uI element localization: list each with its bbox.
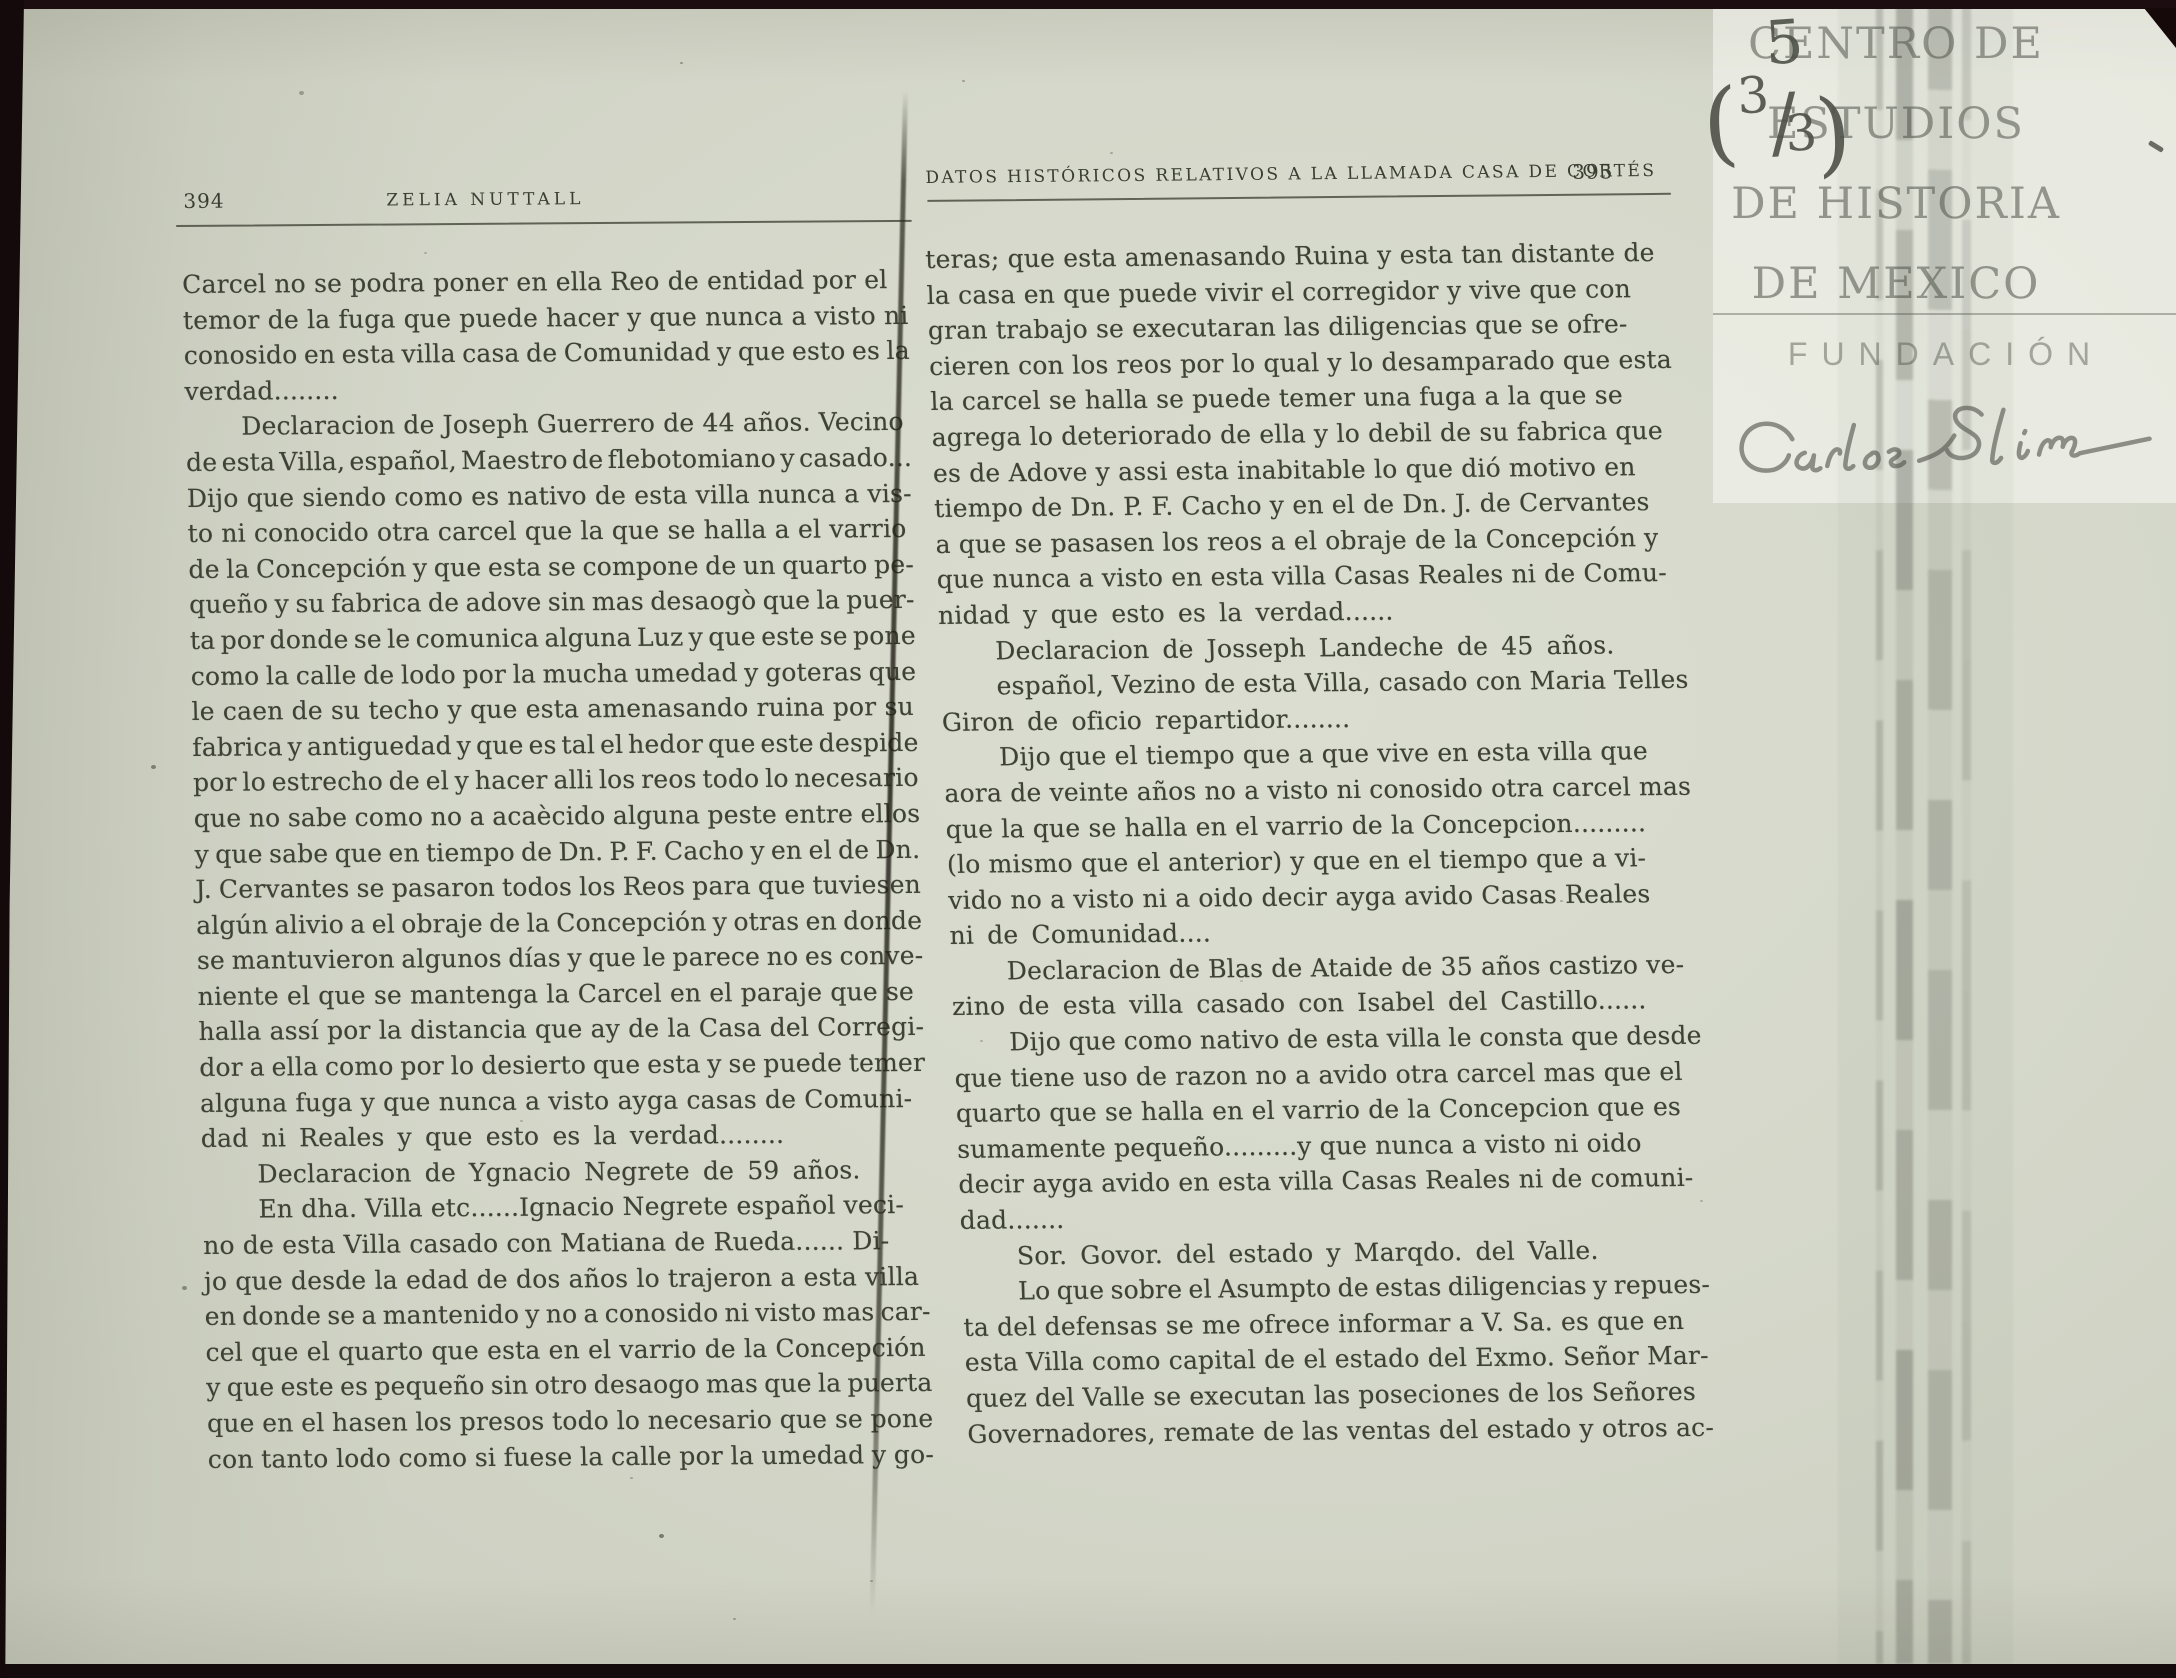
text-line: Governadores, remate de las ventas del e…: [967, 1409, 1716, 1452]
text-line: español, Vezino de esta Villa, casado co…: [940, 662, 1689, 705]
scanned-book-spread: 394 ZELIA NUTTALL Carcel no se podra pon…: [0, 0, 2176, 1678]
text-line: halla assí por la distancia que ay de la…: [198, 1009, 925, 1050]
text-column-right: teras; que esta amenasando Ruina y esta …: [925, 235, 1716, 1452]
text-line: Declaracion de Joseph Guerrero de 44 año…: [185, 404, 912, 445]
text-line: dad ni Reales y que esto es la verdad...…: [200, 1116, 927, 1157]
header-rule-left: [176, 220, 912, 227]
text-line: dor a ella como por lo desierto que esta…: [199, 1045, 926, 1086]
text-line: por lo estrecho de el y hacer alli los r…: [193, 760, 920, 801]
text-column-left: Carcel no se podra poner en ella Reo de …: [182, 262, 934, 1477]
text-line: decir ayga avido en esta villa Casas Rea…: [958, 1160, 1707, 1203]
text-line: conosido en esta villa casa de Comunidad…: [183, 333, 910, 374]
text-line: que en el hasen los presos todo lo neces…: [207, 1401, 934, 1442]
running-header-left: ZELIA NUTTALL: [325, 189, 645, 211]
text-line: con tanto lodo como si fuese la calle po…: [207, 1436, 934, 1477]
fraction-open-paren: (: [1700, 68, 1741, 177]
fold-streak: [1962, 0, 1971, 1664]
text-line: temor de la fuga que puede hacer y que n…: [183, 297, 910, 338]
header-rule-right: [927, 193, 1671, 202]
fraction-numerator: 3: [1736, 66, 1771, 126]
text-line: alguna fuga y que nunca a visto ayga cas…: [200, 1081, 927, 1122]
text-line: de esta Villa, español, Maestro de flebo…: [186, 440, 913, 481]
text-line: jo que desde la edad de dos años lo traj…: [204, 1258, 931, 1299]
text-line: se mantuvieron algunos días y que le par…: [197, 938, 924, 979]
text-line: no de esta Villa casado con Matiana de R…: [203, 1223, 930, 1264]
fold-streak: [1876, 0, 1883, 1664]
text-line: En dha. Villa etc......Ignacio Negrete e…: [202, 1187, 929, 1228]
running-header-right: DATOS HISTÓRICOS RELATIVOS A LA LLAMADA …: [925, 161, 1616, 188]
page-right: DATOS HISTÓRICOS RELATIVOS A LA LLAMADA …: [920, 159, 1720, 1506]
text-line: cel que el quarto que esta en el varrio …: [205, 1330, 932, 1371]
fold-streak: [1928, 0, 1952, 1664]
text-line: de la Concepción y que esta se compone d…: [188, 547, 915, 588]
scan-edge-bottom: [0, 1664, 2176, 1678]
text-line: Carcel no se podra poner en ella Reo de …: [182, 262, 909, 303]
text-line: fabrica y antiguedad y que es tal el hed…: [192, 725, 919, 766]
page-left: 394 ZELIA NUTTALL Carcel no se podra pon…: [175, 178, 940, 1523]
text-line: en donde se a mantenido y no a conosido …: [204, 1294, 931, 1335]
text-line: vido no a visto ni a oido decir ayga avi…: [948, 875, 1697, 918]
text-line: y que este es pequeño sin otro desaogo m…: [206, 1365, 933, 1406]
text-line: queño y su fabrica de adove sin mas desa…: [189, 582, 916, 623]
text-line: Dijo que siendo como es nativo de esta v…: [186, 475, 913, 516]
text-line: y que sabe que en tiempo de Dn. P. F. Ca…: [194, 831, 921, 872]
text-line: ta por donde se le comunica alguna Luz y…: [190, 618, 917, 659]
text-line: J. Cervantes se pasaron todos los Reos p…: [195, 867, 922, 908]
page-number-left: 394: [183, 189, 225, 213]
fold-streak: [1838, 0, 2013, 1664]
text-line: que nunca a visto en esta villa Casas Re…: [936, 555, 1685, 598]
text-line: niente el que se mantenga la Carcel en e…: [197, 974, 924, 1015]
text-line: to ni conocido otra carcel que la que se…: [187, 511, 914, 552]
scan-edge-top: [0, 0, 2176, 9]
text-line: Declaracion de Ygnacio Negrete de 59 año…: [201, 1152, 928, 1193]
text-line: algún alivio a el obraje de la Concepció…: [196, 903, 923, 944]
fold-streak: [1896, 0, 1913, 1664]
page-number-right: 395: [1572, 159, 1614, 183]
text-line: verdad........: [184, 369, 911, 410]
text-line: que no sabe como no a acaècido alguna pe…: [193, 796, 920, 837]
text-line: como la calle de lodo por la mucha umeda…: [190, 653, 917, 694]
text-line: le caen de su techo y que esta amenasand…: [191, 689, 918, 730]
